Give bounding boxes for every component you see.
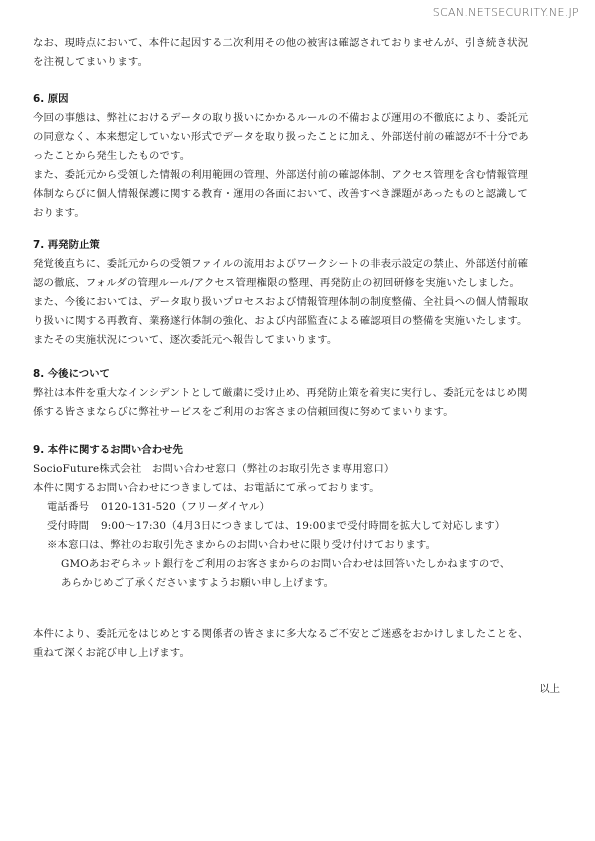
- phone-row: 電話番号0120-131-520（フリーダイヤル）: [33, 498, 563, 517]
- company-line: SocioFuture株式会社 お問い合わせ窓口（弊社のお取引先さま専用窓口）: [33, 460, 563, 479]
- section-prevention: 7. 再発防止策 発覚後直ちに、委託元からの受領ファイルの流用およびワークシート…: [33, 236, 563, 350]
- text-line: 本件により、委託元をはじめとする関係者の皆さまに多大なるご不安とご迷惑をおかけし…: [33, 625, 563, 644]
- text-line: おります。: [33, 204, 563, 223]
- phone-label: 電話番号: [47, 498, 101, 517]
- text-line: 認の徹底、フォルダの管理ルール/アクセス管理権限の整理、再発防止の初回研修を実施…: [33, 274, 563, 293]
- text-line: 今回の事態は、弊社におけるデータの取り扱いにかかるルールの不備および運用の不徹底…: [33, 109, 563, 128]
- text-line: を注視してまいります。: [33, 53, 563, 72]
- section-heading: 6. 原因: [33, 90, 563, 109]
- section-heading: 8. 今後について: [33, 365, 563, 384]
- text-line: り扱いに関する再教育、業務遂行体制の強化、および内部監査による確認項目の整備を実…: [33, 312, 563, 331]
- section-heading: 9. 本件に関するお問い合わせ先: [33, 441, 563, 460]
- text-line: また、今後においては、データ取り扱いプロセスおよび情報管理体制の制度整備、全社員…: [33, 293, 563, 312]
- note-sub-line: GMOあおぞらネット銀行をご利用のお客さまからのお問い合わせは回答いたしかねます…: [33, 555, 563, 574]
- text-line: の同意なく、本来想定していない形式でデータを取り扱ったことに加え、外部送付前の確…: [33, 128, 563, 147]
- text-line: なお、現時点において、本件に起因する二次利用その他の被害は確認されておりませんが…: [33, 34, 563, 53]
- end-mark: 以上: [539, 680, 560, 699]
- text-line: 発覚後直ちに、委託元からの受領ファイルの流用およびワークシートの非表示設定の禁止…: [33, 255, 563, 274]
- text-line: ったことから発生したものです。: [33, 147, 563, 166]
- intro-paragraph: なお、現時点において、本件に起因する二次利用その他の被害は確認されておりませんが…: [33, 34, 563, 72]
- hours-label: 受付時間: [47, 517, 101, 536]
- note-line: ※本窓口は、弊社のお取引先さまからのお問い合わせに限り受け付けております。: [33, 536, 563, 555]
- hours-value: 9:00～17:30（4月3日につきましては、19:00まで受付時間を拡大して対…: [101, 520, 505, 532]
- note-sub-line: あらかじめご了承くださいますようお願い申し上げます。: [33, 574, 563, 593]
- section-future: 8. 今後について 弊社は本件を重大なインシデントとして厳粛に受け止め、再発防止…: [33, 365, 563, 422]
- text-line: またその実施状況について、逐次委託元へ報告してまいります。: [33, 331, 563, 350]
- text-line: 弊社は本件を重大なインシデントとして厳粛に受け止め、再発防止策を着実に実行し、委…: [33, 384, 563, 403]
- text-line: 体制ならびに個人情報保護に関する教育・運用の各面において、改善すべき課題があった…: [33, 185, 563, 204]
- section-contact: 9. 本件に関するお問い合わせ先 SocioFuture株式会社 お問い合わせ窓…: [33, 441, 563, 593]
- closing-paragraph: 本件により、委託元をはじめとする関係者の皆さまに多大なるご不安とご迷惑をおかけし…: [33, 625, 563, 663]
- watermark: SCAN.NETSECURITY.NE.JP: [433, 6, 579, 19]
- phone-number[interactable]: 0120-131-520（フリーダイヤル）: [101, 501, 270, 513]
- contact-intro: 本件に関するお問い合わせにつきましては、お電話にて承っております。: [33, 479, 563, 498]
- text-line: 係する皆さまならびに弊社サービスをご利用のお客さまの信頼回復に努めてまいります。: [33, 403, 563, 422]
- section-cause: 6. 原因 今回の事態は、弊社におけるデータの取り扱いにかかるルールの不備および…: [33, 90, 563, 223]
- section-heading: 7. 再発防止策: [33, 236, 563, 255]
- hours-row: 受付時間9:00～17:30（4月3日につきましては、19:00まで受付時間を拡…: [33, 517, 563, 536]
- text-line: 重ねて深くお詫び申し上げます。: [33, 644, 563, 663]
- text-line: また、委託元から受領した情報の利用範囲の管理、外部送付前の確認体制、アクセス管理…: [33, 166, 563, 185]
